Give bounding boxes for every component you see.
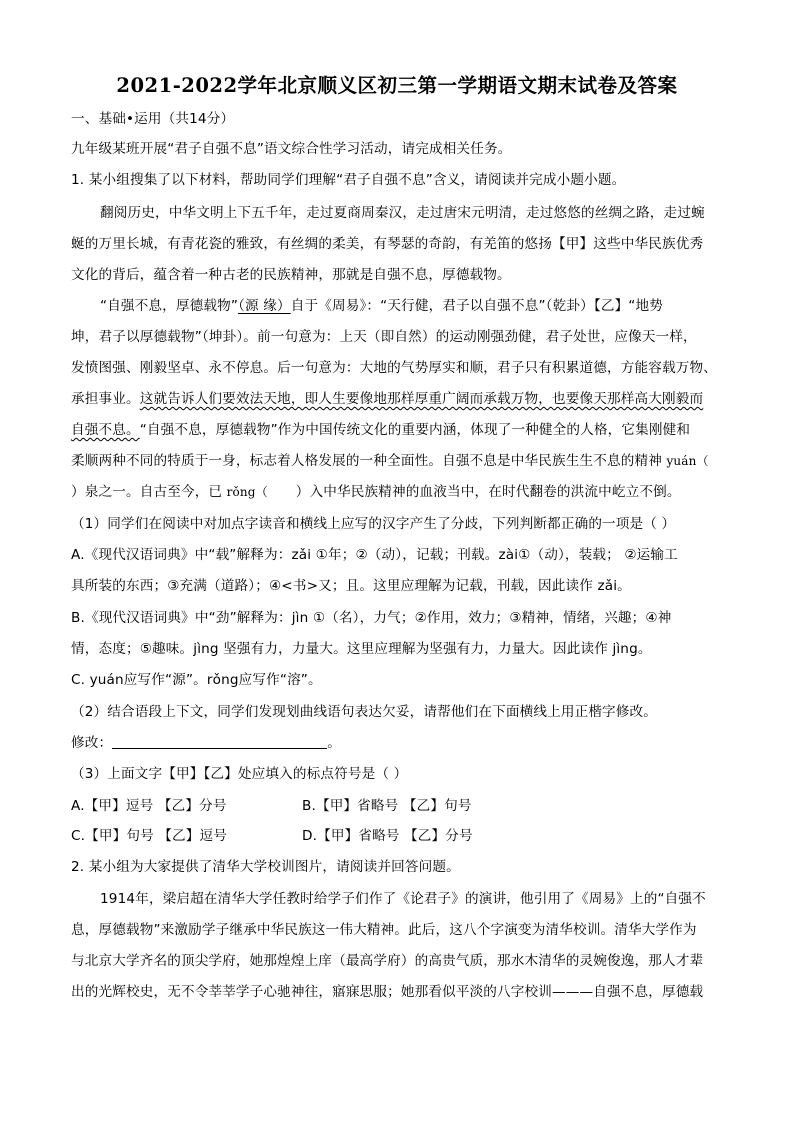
pinyin-blank: yuán（	[666, 454, 708, 468]
passage-line: 自强不息。“自强不息，厚德载物”作为中国传统文化的重要内涵，体现了一种健全的人格…	[71, 420, 690, 440]
revision-label: 修改：	[71, 735, 112, 751]
passage-line: 1914年，梁启超在清华大学任教时给学子们作了《论君子》的演讲，他引用了《周易》…	[100, 889, 706, 909]
passage-line: ）泉之一。自古至今，已 rǒng（）入中华民族精神的血液当中，在时代翻卷的洪流中…	[71, 482, 681, 502]
passage-line: 承担事业。这就告诉人们要效法天地，即人生要像地那样厚重广阔而承载万物，也要像天那…	[71, 389, 703, 409]
option-c-line: C. yuán应写作“源”。rǒng应写作“溶”。	[71, 670, 322, 690]
passage-line: 文化的背后，蕴含着一种古老的民族精神，那就是自强不息，厚德载物。	[71, 265, 511, 285]
section-heading: 一、基础•运用（共14分）	[71, 109, 234, 129]
intro-text: 九年级某班开展“君子自强不息”语文综合性学习活动，请完成相关任务。	[71, 139, 511, 159]
question-1-prompt: 1. 某小组搜集了以下材料，帮助同学们理解“君子自强不息”含义，请阅读并完成小题…	[71, 170, 625, 190]
passage-line: 蜒的万里长城，有青花瓷的雅致，有丝绸的柔美，有琴瑟的奇韵，有羌笛的悠扬【甲】这些…	[71, 234, 703, 254]
option-a-line: 具所装的东西；③充满（道路）；④<书>又；且。这里应理解为记载，刊载，因此读作 …	[71, 576, 631, 596]
passage-line: 翻阅历史，中华文明上下五千年，走过夏商周秦汉，走过唐宋元明清，走过悠悠的丝绸之路…	[100, 203, 705, 223]
sub-question-1-prompt: （1）同学们在阅读中对加点字读音和横线上应写的汉字产生了分歧，下列判断都正确的一…	[71, 514, 675, 534]
wavy-underlined-sentence: 这就告诉人们要效法天地，即人生要像地那样厚重广阔而承载万物，也要像天那样高大刚毅…	[140, 391, 704, 407]
option-a: A.【甲】逗号 【乙】分号	[71, 796, 227, 816]
passage-text: 承担事业。	[71, 391, 140, 407]
revision-line: 修改：。	[71, 733, 341, 753]
option-c: C.【甲】句号 【乙】逗号	[71, 826, 227, 846]
revision-end-mark: 。	[327, 735, 341, 751]
document-title: 2021-2022学年北京顺义区初三第一学期语文期末试卷及答案	[0, 70, 794, 98]
question-2-prompt: 2. 某小组为大家提供了清华大学校训图片，请阅读并回答问题。	[71, 857, 460, 877]
document-page: 2021-2022学年北京顺义区初三第一学期语文期末试卷及答案 一、基础•运用（…	[0, 0, 794, 1123]
passage-line: 息，厚德载物”来激励学子继承中华民族这一伟大精神。此后，这八个字演变为清华校训。…	[71, 920, 697, 940]
option-b-line: 情，态度；⑤趣味。jìng 坚强有力，力量大。这里应理解为坚强有力，力量大。因此…	[71, 639, 652, 659]
sub-question-3-prompt: （3）上面文字【甲】【乙】处应填入的标点符号是（ ）	[71, 764, 407, 784]
passage-line: 与北京大学齐名的顶尖学府，她那煌煌上庠（最高学府）的高贵气质，那水木清华的灵婉俊…	[71, 951, 703, 971]
option-d: D.【甲】省略号 【乙】分号	[302, 826, 473, 846]
pinyin-blank: rǒng（	[227, 485, 268, 499]
sub-question-2-prompt: （2）结合语段上下文，同学们发现划曲线语句表达欠妥，请帮他们在下面横线上用正楷字…	[71, 702, 657, 722]
passage-line: 柔顺两种不同的特质于一身，标志着人格发展的一种全面性。自强不息是中华民族生生不息…	[71, 451, 709, 471]
option-b: B.【甲】省略号 【乙】句号	[302, 796, 472, 816]
passage-text: ）泉之一。自古至今，已	[71, 484, 222, 500]
underlined-blank-choice: （源 缘）	[238, 298, 291, 314]
option-a-line: A.《现代汉语词典》中“载”解释为：zǎi ①年；②（动），记载；刊载。zài①…	[71, 545, 678, 565]
wavy-underlined-sentence: 自强不息。	[71, 422, 140, 438]
option-b-line: B.《现代汉语词典》中“劲”解释为：jìn ①（名），力气；②作用，效力；③精神…	[71, 608, 671, 628]
passage-text: “自强不息，厚德载物”作为中国传统文化的重要内涵，体现了一种健全的人格，它集刚健…	[140, 422, 690, 438]
revision-answer-blank[interactable]	[112, 734, 327, 749]
passage-text: 自于《周易》：“天行健，君子以自强不息”（乾卦）【乙】“地势	[291, 298, 663, 314]
passage-line: 发愤图强、刚毅坚卓、永不停息。后一句意为：大地的气势厚实和顺，君子只有积累道德，…	[71, 358, 717, 378]
passage-text: “自强不息，厚德载物”	[100, 298, 238, 314]
passage-line: 坤，君子以厚德载物”（坤卦）。前一句意为：上天（即自然）的运动刚强劲健，君子处世…	[71, 327, 697, 347]
passage-text: 柔顺两种不同的特质于一身，标志着人格发展的一种全面性。自强不息是中华民族生生不息…	[71, 453, 662, 469]
passage-line: 出的光辉校史，无不令莘莘学子心驰神往，寤寐思服；她那看似平淡的八字校训———自强…	[71, 982, 703, 1002]
passage-line: “自强不息，厚德载物”（源 缘）自于《周易》：“天行健，君子以自强不息”（乾卦）…	[100, 296, 663, 316]
passage-text: ）入中华民族精神的血液当中，在时代翻卷的洪流中屹立不倒。	[296, 484, 681, 500]
